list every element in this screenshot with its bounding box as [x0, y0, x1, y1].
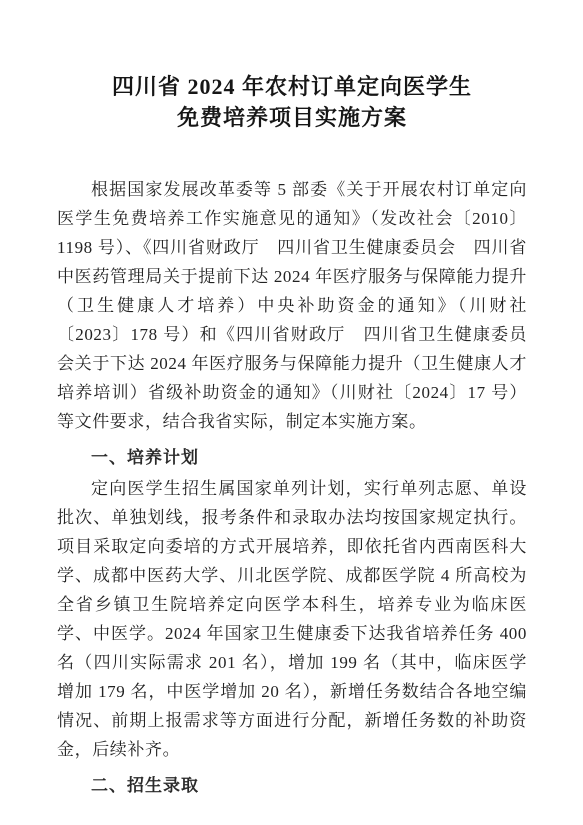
section-heading-enrollment: 二、招生录取: [57, 771, 527, 800]
document-title: 四川省 2024 年农村订单定向医学生 免费培养项目实施方案: [57, 71, 527, 133]
section-heading-training-plan: 一、培养计划: [57, 443, 527, 472]
document-title-line-1: 四川省 2024 年农村订单定向医学生: [57, 71, 527, 102]
document-page: 四川省 2024 年农村订单定向医学生 免费培养项目实施方案 根据国家发展改革委…: [0, 0, 583, 825]
paragraph-policy-basis: 根据国家发展改革委等 5 部委《关于开展农村订单定向医学生免费培养工作实施意见的…: [57, 175, 527, 436]
paragraph-training-plan: 定向医学生招生属国家单列计划，实行单列志愿、单设批次、单独划线，报考条件和录取办…: [57, 474, 527, 764]
document-title-line-2: 免费培养项目实施方案: [57, 102, 527, 133]
